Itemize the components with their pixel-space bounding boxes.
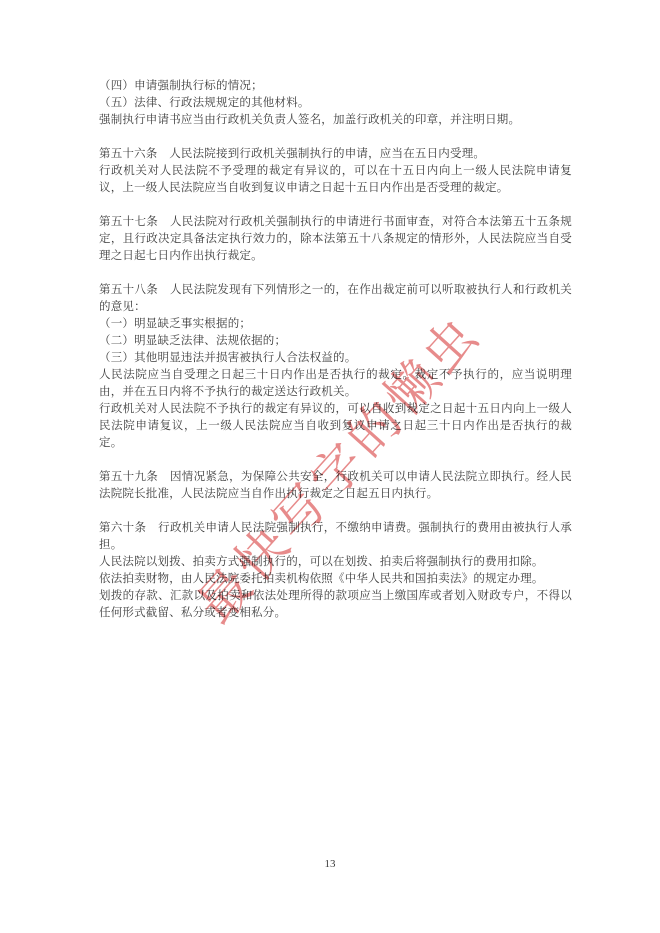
paragraph-item-4: （四）申请强制执行标的情况； [99,78,572,95]
paragraph-article-59: 第五十九条 因情况紧急，为保障公共安全，行政机关可以申请人民法院立即执行。经人民… [99,469,572,503]
page-number: 13 [0,858,660,870]
paragraph-article-58: 第五十八条 人民法院发现有下列情形之一的，在作出裁定前可以听取被执行人和行政机关… [99,282,572,316]
document-page: （四）申请强制执行标的情况； （五）法律、行政法规规定的其他材料。 强制执行申请… [0,0,660,933]
paragraph-article-60-3: 依法拍卖财物，由人民法院委托拍卖机构依照《中华人民共和国拍卖法》的规定办理。 [99,571,572,588]
paragraph-clause-2: （二）明显缺乏法律、法规依据的； [99,333,572,350]
paragraph-article-57: 第五十七条 人民法院对行政机关强制执行的申请进行书面审查，对符合本法第五十五条规… [99,214,572,265]
paragraph-article-60-4: 划拨的存款、汇款以及拍卖和依法处理所得的款项应当上缴国库或者划入财政专户，不得以… [99,588,572,622]
paragraph-clause-3: （三）其他明显违法并损害被执行人合法权益的。 [99,350,572,367]
document-body: （四）申请强制执行标的情况； （五）法律、行政法规规定的其他材料。 强制执行申请… [99,78,572,622]
paragraph-article-56: 第五十六条 人民法院接到行政机关强制执行的申请，应当在五日内受理。 [99,146,572,163]
paragraph-item-5: （五）法律、行政法规规定的其他材料。 [99,95,572,112]
paragraph-application: 强制执行申请书应当由行政机关负责人签名，加盖行政机关的印章，并注明日期。 [99,112,572,129]
paragraph-article-60: 第六十条 行政机关申请人民法院强制执行，不缴纳申请费。强制执行的费用由被执行人承… [99,520,572,554]
paragraph-article-60-2: 人民法院以划拨、拍卖方式强制执行的，可以在划拨、拍卖后将强制执行的费用扣除。 [99,554,572,571]
paragraph-article-58-3: 行政机关对人民法院不予执行的裁定有异议的，可以自收到裁定之日起十五日内向上一级人… [99,401,572,452]
paragraph-article-58-2: 人民法院应当自受理之日起三十日内作出是否执行的裁定。裁定不予执行的，应当说明理由… [99,367,572,401]
paragraph-clause-1: （一）明显缺乏事实根据的； [99,316,572,333]
paragraph-article-56-2: 行政机关对人民法院不予受理的裁定有异议的，可以在十五日内向上一级人民法院申请复议… [99,163,572,197]
